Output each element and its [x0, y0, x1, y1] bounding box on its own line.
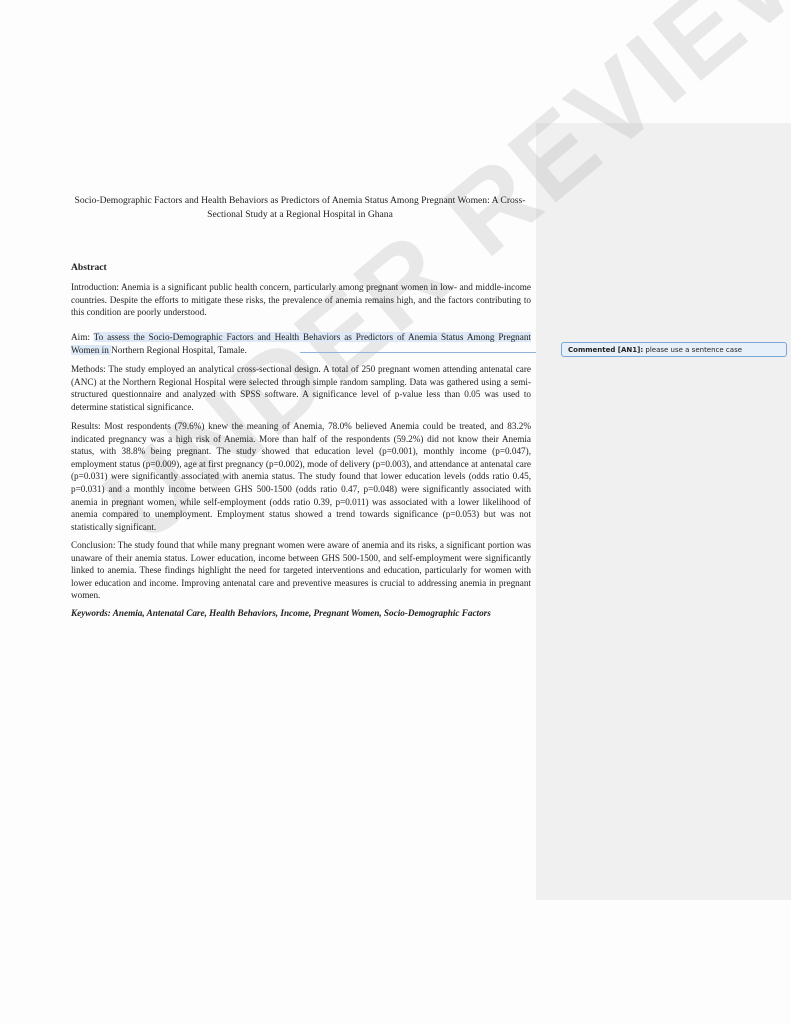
- conclusion-paragraph: Conclusion: The study found that while m…: [71, 539, 531, 602]
- results-paragraph: Results: Most respondents (79.6%) knew t…: [71, 420, 531, 533]
- comment-label: Commented [AN1]:: [568, 346, 643, 354]
- comment-connector-line: [300, 352, 536, 353]
- comment-text: please use a sentence case: [643, 346, 742, 354]
- introduction-paragraph: Introduction: Anemia is a significant pu…: [71, 281, 531, 319]
- paper-title: Socio-Demographic Factors and Health Beh…: [70, 194, 530, 222]
- comment-balloon[interactable]: Commented [AN1]: please use a sentence c…: [561, 342, 787, 357]
- aim-rest: Northern Regional Hospital, Tamale.: [111, 345, 247, 355]
- abstract-heading: Abstract: [71, 262, 107, 273]
- aim-label: Aim:: [71, 332, 94, 342]
- keywords-line: Keywords: Anemia, Antenatal Care, Health…: [71, 607, 531, 620]
- methods-paragraph: Methods: The study employed an analytica…: [71, 363, 531, 413]
- comment-pane: [536, 123, 791, 900]
